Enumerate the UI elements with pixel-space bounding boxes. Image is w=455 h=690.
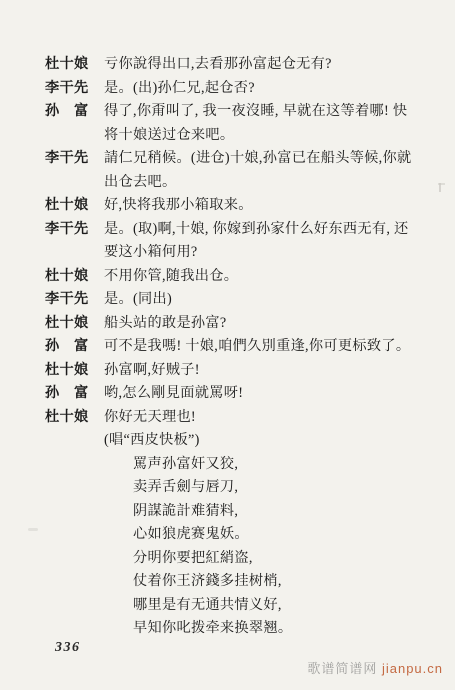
dialogue-text-line: 不用你管,随我出仓。 (104, 265, 427, 289)
dialogue-text-line: 孙富啊,好贼子! (104, 359, 427, 383)
speaker-name: 杜十娘 (45, 359, 104, 383)
dialogue-row: 李干先 是。(出)孙仁兄,起仓否? (45, 77, 427, 101)
watermark: 歌谱简谱网 jianpu.cn (307, 658, 443, 677)
script-text-block: 杜十娘 亏你說得出口,去看那孙富起仓无有? 李干先 是。(出)孙仁兄,起仓否? … (45, 53, 427, 641)
speaker-name: 杜十娘 (45, 194, 104, 218)
dialogue-text-line: 請仁兄稍候。(进仓)十娘,孙富已在船头等候,你就 (104, 147, 427, 171)
watermark-site-name: 歌谱简谱网 (307, 661, 377, 676)
dialogue-text-line: 是。(出)孙仁兄,起仓否? (104, 77, 427, 101)
verse-line: 早知你叱拨牵来换翠翘。 (133, 617, 427, 641)
speaker-name: 李干先 (45, 218, 104, 242)
dialogue-text-line: 出仓去吧。 (104, 171, 427, 195)
speaker-name: 杜十娘 (45, 265, 104, 289)
speaker-name: 孙 富 (45, 335, 104, 359)
verse-line: 卖弄舌劍与唇刀, (133, 476, 427, 500)
dialogue-row: 杜十娘 不用你管,随我出仓。 (45, 265, 427, 289)
speaker-name: 李干先 (45, 147, 104, 171)
verse-line: 阴謀詭計难猜料, (133, 500, 427, 524)
scanned-script-page: 杜十娘 亏你說得出口,去看那孙富起仓无有? 李干先 是。(出)孙仁兄,起仓否? … (0, 0, 455, 690)
dialogue-row: 杜十娘 船头站的敢是孙富? (45, 312, 427, 336)
sung-verse-block: 罵声孙富奸又狡, 卖弄舌劍与唇刀, 阴謀詭計难猜料, 心如狼虎赛鬼妖。 分明你要… (45, 453, 427, 641)
speaker-name: 杜十娘 (45, 312, 104, 336)
dialogue-row: 李干先 是。(同出) (45, 288, 427, 312)
verse-line: 心如狼虎赛鬼妖。 (133, 523, 427, 547)
stage-direction: (唱“西皮快板”) (104, 429, 427, 453)
speaker-name: 孙 富 (45, 100, 104, 124)
scan-artifact (438, 183, 445, 185)
verse-line: 罵声孙富奸又狡, (133, 453, 427, 477)
speaker-name: 杜十娘 (45, 406, 104, 430)
dialogue-text-line: 是。(取)啊,十娘, 你嫁到孙家什么好东西无有, 还 (104, 218, 427, 242)
dialogue-row: 李干先 是。(取)啊,十娘, 你嫁到孙家什么好东西无有, 还 要这小箱何用? (45, 218, 427, 265)
speaker-name: 孙 富 (45, 382, 104, 406)
dialogue-row: 杜十娘 你好无天理也! (45, 406, 427, 430)
speaker-name: 李干先 (45, 288, 104, 312)
dialogue-row: 孙 富 得了,你甭叫了, 我一夜沒睡, 早就在这等着哪! 快 将十娘送过仓来吧。 (45, 100, 427, 147)
dialogue-text-line: 将十娘送过仓来吧。 (104, 124, 427, 148)
dialogue-text-line: 是。(同出) (104, 288, 427, 312)
verse-line: 哪里是有无通共情义好, (133, 594, 427, 618)
watermark-site-url: jianpu.cn (382, 661, 443, 676)
speaker-name: 李干先 (45, 77, 104, 101)
verse-line: 分明你要把紅綃盗, (133, 547, 427, 571)
dialogue-text-line: 得了,你甭叫了, 我一夜沒睡, 早就在这等着哪! 快 (104, 100, 427, 124)
dialogue-text-line: 船头站的敢是孙富? (104, 312, 427, 336)
dialogue-row: 李干先 請仁兄稍候。(进仓)十娘,孙富已在船头等候,你就 出仓去吧。 (45, 147, 427, 194)
scan-artifact (28, 528, 38, 531)
dialogue-row: 孙 富 哟,怎么剛見面就罵呀! (45, 382, 427, 406)
page-number: 336 (55, 640, 81, 656)
dialogue-text-line: 亏你說得出口,去看那孙富起仓无有? (104, 53, 427, 77)
dialogue-row: 杜十娘 亏你說得出口,去看那孙富起仓无有? (45, 53, 427, 77)
dialogue-row: 孙 富 可不是我嗎! 十娘,咱們久別重逢,你可更标致了。 (45, 335, 427, 359)
dialogue-row: 杜十娘 好,快将我那小箱取来。 (45, 194, 427, 218)
dialogue-text-line: 可不是我嗎! 十娘,咱們久別重逢,你可更标致了。 (104, 335, 427, 359)
dialogue-row: 杜十娘 孙富啊,好贼子! (45, 359, 427, 383)
verse-line: 仗着你王济錢多挂树梢, (133, 570, 427, 594)
dialogue-text-line: 你好无天理也! (104, 406, 427, 430)
speaker-name: 杜十娘 (45, 53, 104, 77)
dialogue-text-line: 好,快将我那小箱取来。 (104, 194, 427, 218)
dialogue-text-line: 哟,怎么剛見面就罵呀! (104, 382, 427, 406)
dialogue-text-line: 要这小箱何用? (104, 241, 427, 265)
